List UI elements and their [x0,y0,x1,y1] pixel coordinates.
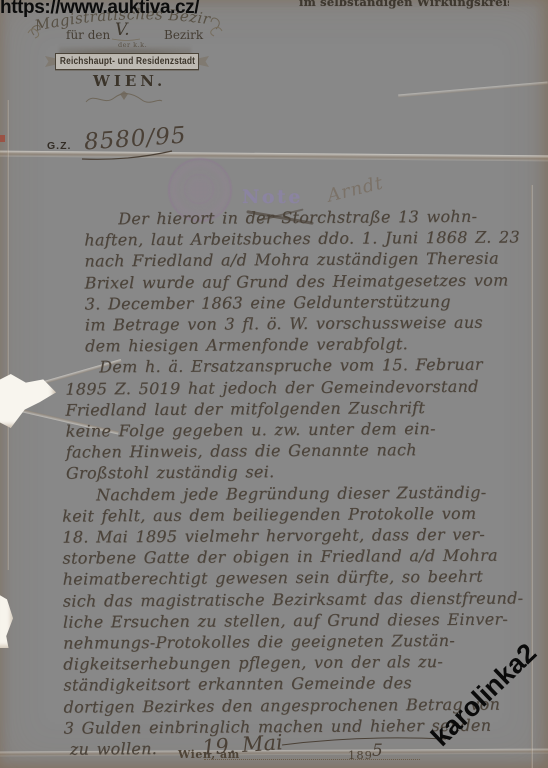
handwriting-line: im Betrage von 3 fl. ö. W. vorschussweis… [85,311,529,335]
letterhead-ornament [84,90,164,110]
dateline-handwritten-date: 19. Mai [201,730,283,760]
letter-body: Der hierort in der Storchstraße 13 wohn-… [58,205,532,760]
letterhead-banner-text: Reichshaupt- und Residenzstadt [59,56,194,67]
scope-note-text: im selbständigen Wirkungskreise [299,0,509,9]
letterhead-city: WIEN. [93,72,163,90]
letterhead-flourish-curls [26,25,226,41]
paragraph: Dem h. ä. Ersatzanspruche vom 15. Februa… [65,354,530,484]
dateline-swash [280,732,450,748]
handwriting-line: 3. December 1863 eine Geldunterstützung [85,290,529,314]
dateline-printed-year: 189 [348,748,373,762]
pencil-annotation: Arndt [325,172,385,206]
handwriting-line: 1895 Z. 5019 hat jedoch der Gemeindevors… [65,375,529,399]
paper-tear [0,594,13,648]
handwriting-line: haften, laut Arbeitsbuches ddo. 1. Juni … [84,227,528,251]
dateline: Wien, am 19. Mai 189 5 [176,740,426,764]
handwriting-line: dem hiesigen Armenfonde verabfolgt. [85,333,529,357]
paragraph: Der hierort in der Storchstraße 13 wohn-… [84,205,529,357]
edge-mark [0,135,5,142]
letterhead-banner: Reichshaupt- und Residenzstadt [55,53,199,70]
scope-note-clip: im selbständigen Wirkungskreise [299,0,509,13]
handwriting-line: nach Friedland a/d Mohra zuständigen The… [84,248,528,272]
handwriting-line: Dem h. ä. Ersatzanspruche vom 15. Februa… [65,354,529,378]
auction-url-watermark: https://www.auktiva.cz/ [0,0,199,19]
scanned-letter-page: Magistratisches Bezirksamt für den V. Be… [0,0,548,768]
handwriting-line: Der hierort in der Storchstraße 13 wohn- [84,205,528,229]
handwriting-line: liche Ersuchen zu stellen, auf Grund die… [63,608,531,632]
handwriting-line: sich das magistratische Bezirksamt das d… [63,587,531,611]
reference-underline [80,148,175,162]
handwriting-line: heimatberechtigt gewesen sein dürfte, so… [63,566,531,590]
reference-label: G.Z. [47,140,71,152]
dateline-dotted-rule [204,759,420,760]
handwriting-line: Nachdem jede Begründung dieser Zuständig… [62,481,530,505]
diagonal-crease [398,81,548,97]
left-vertical-crease [7,100,9,570]
handwriting-line: Brixel wurde auf Grund des Heimatgesetze… [85,269,529,293]
note-stamp: Note [242,186,303,208]
